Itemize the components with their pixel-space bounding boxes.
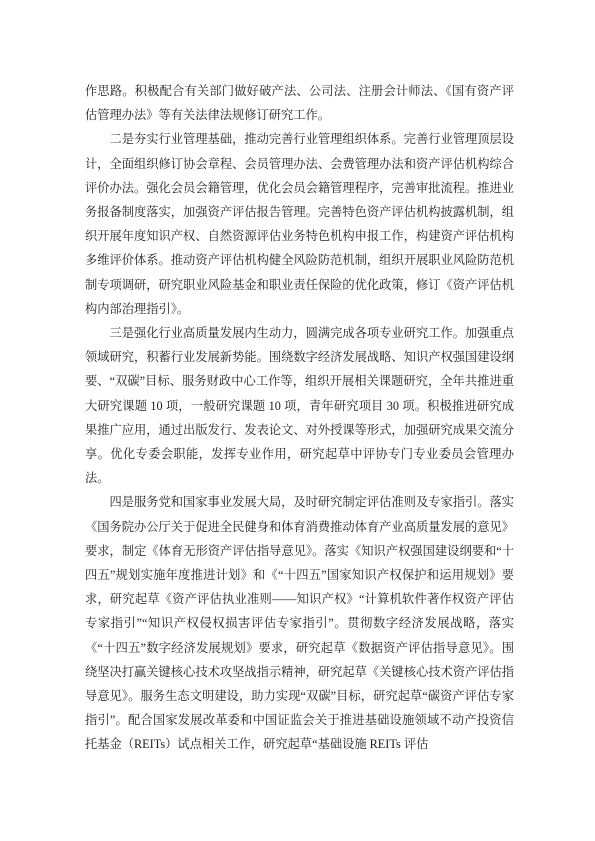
paragraph: 二是夯实行业管理基础，推动完善行业管理组织体系。完善行业管理顶层设计，全面组织修…: [85, 127, 514, 321]
paragraph: 三是强化行业高质量发展内生动力，圆满完成各项专业研究工作。加强重点领域研究，积蓄…: [85, 321, 514, 490]
paragraph: 四是服务党和国家事业发展大局，及时研究制定评估准则及专家指引。落实《国务院办公厅…: [85, 490, 514, 756]
document-page: 作思路。积极配合有关部门做好破产法、公司法、注册会计师法、《国有资产评估管理办法…: [0, 0, 595, 841]
paragraph: 作思路。积极配合有关部门做好破产法、公司法、注册会计师法、《国有资产评估管理办法…: [85, 79, 514, 127]
document-body: 作思路。积极配合有关部门做好破产法、公司法、注册会计师法、《国有资产评估管理办法…: [85, 79, 514, 757]
